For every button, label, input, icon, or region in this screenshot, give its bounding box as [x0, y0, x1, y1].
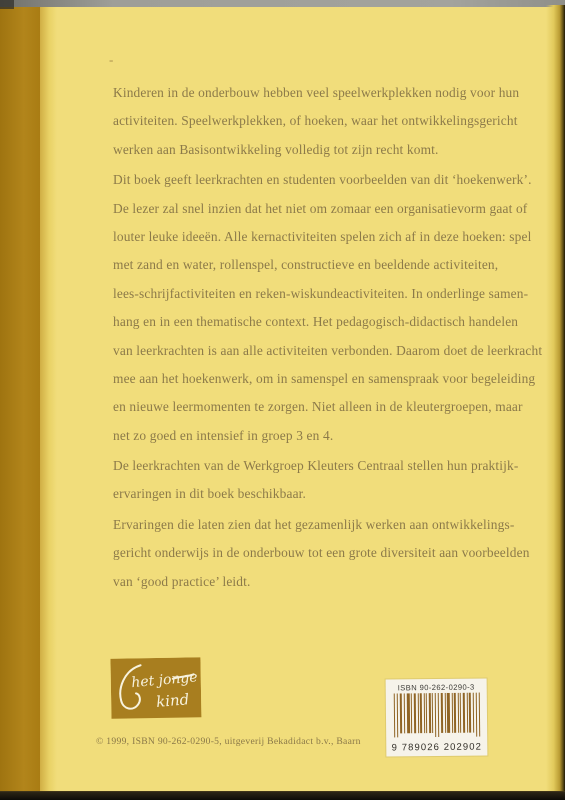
book-spine: [0, 6, 40, 792]
page-edge-top: [0, 0, 565, 7]
logo-text-line2: kind: [155, 690, 190, 711]
ean-number: 9 789026 202902: [386, 741, 487, 753]
spine-fold-highlight: [40, 6, 57, 792]
page-edge-bottom: [0, 791, 565, 800]
paragraph: Dit boek geeft leerkrachten en studenten…: [113, 166, 542, 450]
barcode-bars: [391, 693, 482, 740]
isbn-label: ISBN 90-262-0290-3: [386, 682, 487, 692]
paragraph: Kinderen in de onderbouw hebben veel spe…: [113, 79, 542, 164]
paragraph: Ervaringen die laten zien dat het gezame…: [113, 511, 542, 596]
corner-shadow: [0, 0, 14, 9]
page-edge-right: [546, 5, 565, 793]
copyright-line: © 1999, ISBN 90-262-0290-5, uitgeverij B…: [96, 736, 361, 747]
book-back-cover: - Kinderen in de onderbouw hebben veel s…: [0, 0, 565, 800]
blurb-text: Kinderen in de onderbouw hebben veel spe…: [113, 79, 542, 598]
stray-print-mark: -: [109, 52, 113, 68]
publisher-logo: het jonge kind: [110, 657, 201, 726]
paragraph: De leerkrachten van de Werkgroep Kleuter…: [113, 452, 542, 509]
isbn-barcode: ISBN 90-262-0290-3: [386, 678, 488, 756]
